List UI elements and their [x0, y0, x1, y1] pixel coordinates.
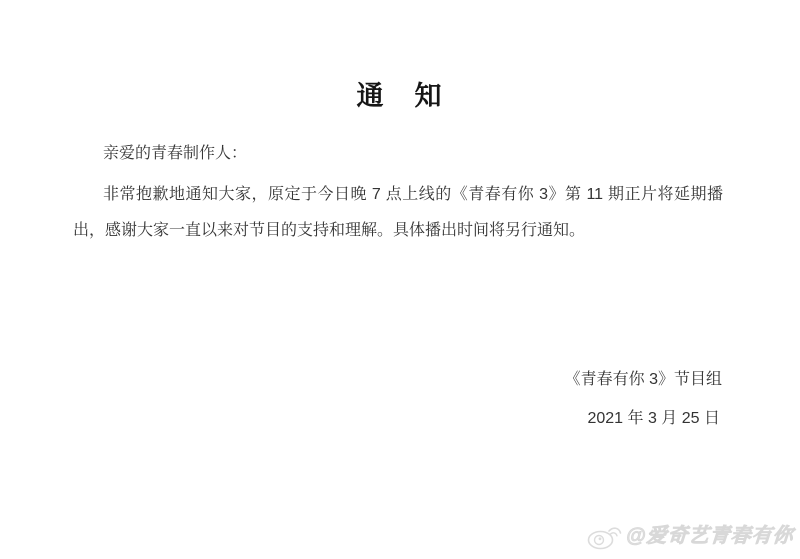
page-title: 通 知 [0, 83, 800, 110]
notice-body: 非常抱歉地通知大家，原定于今日晚 7 点上线的《青春有你 3》第 11 期正片将… [73, 177, 723, 249]
signature: 《青春有你 3》节目组 [73, 368, 722, 392]
watermark: @爱奇艺青春有你 [587, 521, 794, 551]
date: 2021 年 3 月 25 日 [73, 407, 720, 431]
notice-document: 通 知 亲爱的青春制作人： 非常抱歉地通知大家，原定于今日晚 7 点上线的《青春… [0, 0, 800, 559]
watermark-handle: @爱奇艺青春有你 [625, 521, 795, 551]
salutation: 亲爱的青春制作人： [73, 142, 723, 166]
weibo-icon [587, 521, 623, 551]
